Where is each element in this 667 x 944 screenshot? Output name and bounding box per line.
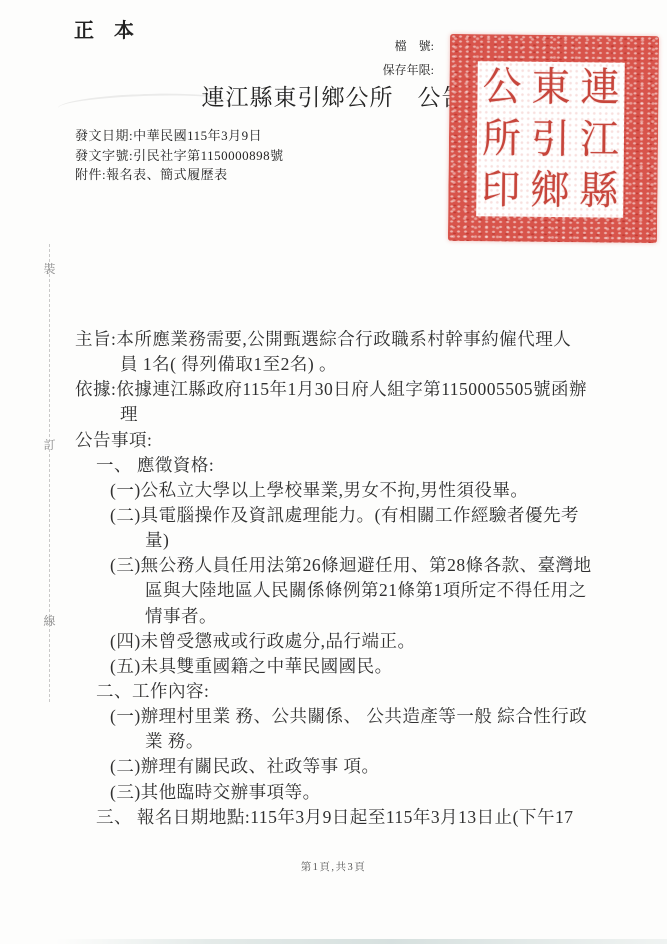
filing-block: 檔 號: 保存年限: [360,34,434,82]
body-line: 三、 報名日期地點:115年3月9日起至115年3月13日止(下午17 [96,805,620,830]
meta-attachment: 附件:報名表、簡式履歷表 [75,165,284,185]
official-seal-inner: 公 東 連 所 引 江 印 鄉 縣 [476,61,625,218]
seal-character: 公 [477,60,528,115]
body-line: 一、 應徵資格: [96,453,620,478]
seal-character: 縣 [574,164,625,219]
binding-line [49,244,50,702]
body-line: (一)公私立大學以上學校畢業,男女不拘,男性須役畢。 [110,478,620,503]
file-number-label: 檔 號: [360,34,434,58]
body-line: (二)具電腦操作及資訊處理能力。(有相關工作經驗者優先考 [110,503,620,528]
seal-character: 引 [525,112,576,167]
body-line: 公告事項: [75,428,620,453]
body-line: 主旨:本所應業務需要,公開甄選綜合行政職系村幹事約僱代理人 [75,327,620,352]
body-line: (一)辦理村里業 務、公共關係、 公共造產等一般 綜合性行政 [110,704,620,729]
binding-mark-zhuang: 裝 [42,260,57,277]
seal-character: 鄉 [525,163,576,218]
body-line: (五)未具雙重國籍之中華民國國民。 [110,654,620,679]
body-line: 員 1名( 得列備取1至2名) 。 [120,352,620,377]
meta-issue-date: 發文日期:中華民國115年3月9日 [75,126,284,146]
body-line: 業 務。 [145,729,620,754]
body-line: 理 [120,402,620,427]
seal-character: 連 [575,61,626,116]
body-line: 區與大陸地區人民關係條例第21條第1項所定不得任用之 [145,578,620,603]
body-line: (三)其他臨時交辦事項等。 [110,780,620,805]
copy-stamp-label: 正 本 [74,14,134,43]
binding-mark-xian: 線 [42,612,57,629]
official-seal: 公 東 連 所 引 江 印 鄉 縣 [448,34,659,243]
body-line: 情事者。 [145,604,620,629]
announcement-body: 主旨:本所應業務需要,公開甄選綜合行政職系村幹事約僱代理人 員 1名( 得列備取… [75,327,620,830]
body-line: (四)未曾受懲戒或行政處分,品行端正。 [110,629,620,654]
document-meta: 發文日期:中華民國115年3月9日 發文字號:引民社字第1150000898號 … [75,126,284,185]
seal-character: 印 [476,163,527,218]
body-line: 量) [145,528,620,553]
seal-character: 所 [476,111,527,166]
document-page: 正 本 檔 號: 保存年限: 連江縣東引鄉公所 公告 發文日期:中華民國115年… [0,0,667,944]
seal-character: 東 [526,60,577,115]
body-line: (三)無公務人員任用法第26條迴避任用、第28條各款、臺灣地 [110,553,620,578]
binding-mark-ding: 訂 [42,436,57,453]
body-line: (二)辦理有關民政、社政等事 項。 [110,754,620,779]
body-line: 依據:依據連江縣政府115年1月30日府人組字第1150005505號函辦 [75,377,620,402]
page-footer: 第1頁,共3頁 [0,859,667,874]
scan-artifact [55,939,667,944]
seal-character: 江 [574,112,625,167]
body-line: 二、工作內容: [96,679,620,704]
meta-ref-number: 發文字號:引民社字第1150000898號 [75,146,284,166]
